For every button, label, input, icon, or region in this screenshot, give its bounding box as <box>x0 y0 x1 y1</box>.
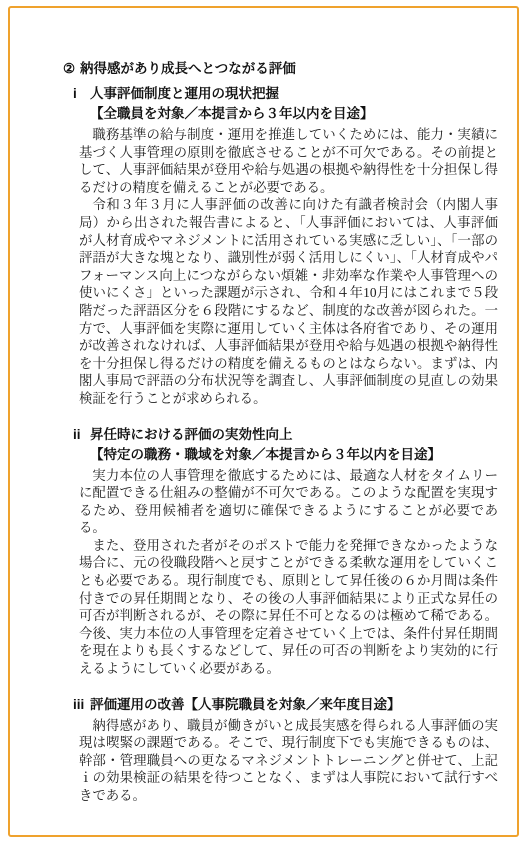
subsection-iii: iii 評価運用の改善【人事院職員を対象／来年度目途】 納得感があり、職員が働き… <box>79 695 498 805</box>
subsection-ii-heading: ii 昇任時における評価の実効性向上 【特定の職務・職域を対象／本提言から３年以… <box>73 425 498 465</box>
subsection-ii: ii 昇任時における評価の実効性向上 【特定の職務・職域を対象／本提言から３年以… <box>79 425 498 678</box>
subsection-scope: 【特定の職務・職域を対象／本提言から３年以内を目途】 <box>90 445 498 465</box>
subsection-title: 評価運用の改善【人事院職員を対象／来年度目途】 <box>90 695 498 715</box>
subsection-i-heading: i 人事評価制度と運用の現状把握 【全職員を対象／本提言から３年以内を目途】 <box>73 84 498 124</box>
subsection-marker: ii <box>73 425 90 465</box>
subsection-marker: i <box>73 84 90 124</box>
paragraph: 実力本位の人事管理を徹底するためには、最適な人材をタイムリーに配置できる仕組みの… <box>79 467 498 537</box>
paragraph: また、登用された者がそのポストで能力を発揮できなかったような場合に、元の役職段階… <box>79 537 498 678</box>
main-heading-title: 納得感があり成長へとつながる評価 <box>80 60 296 77</box>
subsection-iii-heading: iii 評価運用の改善【人事院職員を対象／来年度目途】 <box>73 695 498 715</box>
main-heading: ② 納得感があり成長へとつながる評価 <box>63 60 498 77</box>
paragraph: 納得感があり、職員が働きがいと成長実感を得られる人事評価の実現は喫緊の課題である… <box>79 717 498 805</box>
subsection-scope: 【全職員を対象／本提言から３年以内を目途】 <box>90 104 498 124</box>
subsection-title: 昇任時における評価の実効性向上 <box>90 425 498 445</box>
page: ② 納得感があり成長へとつながる評価 i 人事評価制度と運用の現状把握 【全職員… <box>0 0 527 846</box>
subsection-marker: iii <box>73 695 90 715</box>
main-heading-marker: ② <box>63 60 80 77</box>
paragraph: 令和３年３月に人事評価の改善に向けた有識者検討会（内閣人事局）から出された報告書… <box>79 196 498 407</box>
paragraph: 職務基準の給与制度・運用を推進していくためには、能力・実績に基づく人事管理の原則… <box>79 126 498 196</box>
subsection-i: i 人事評価制度と運用の現状把握 【全職員を対象／本提言から３年以内を目途】 職… <box>79 84 498 408</box>
document-body: ② 納得感があり成長へとつながる評価 i 人事評価制度と運用の現状把握 【全職員… <box>79 60 498 805</box>
subsection-title: 人事評価制度と運用の現状把握 <box>90 84 498 104</box>
